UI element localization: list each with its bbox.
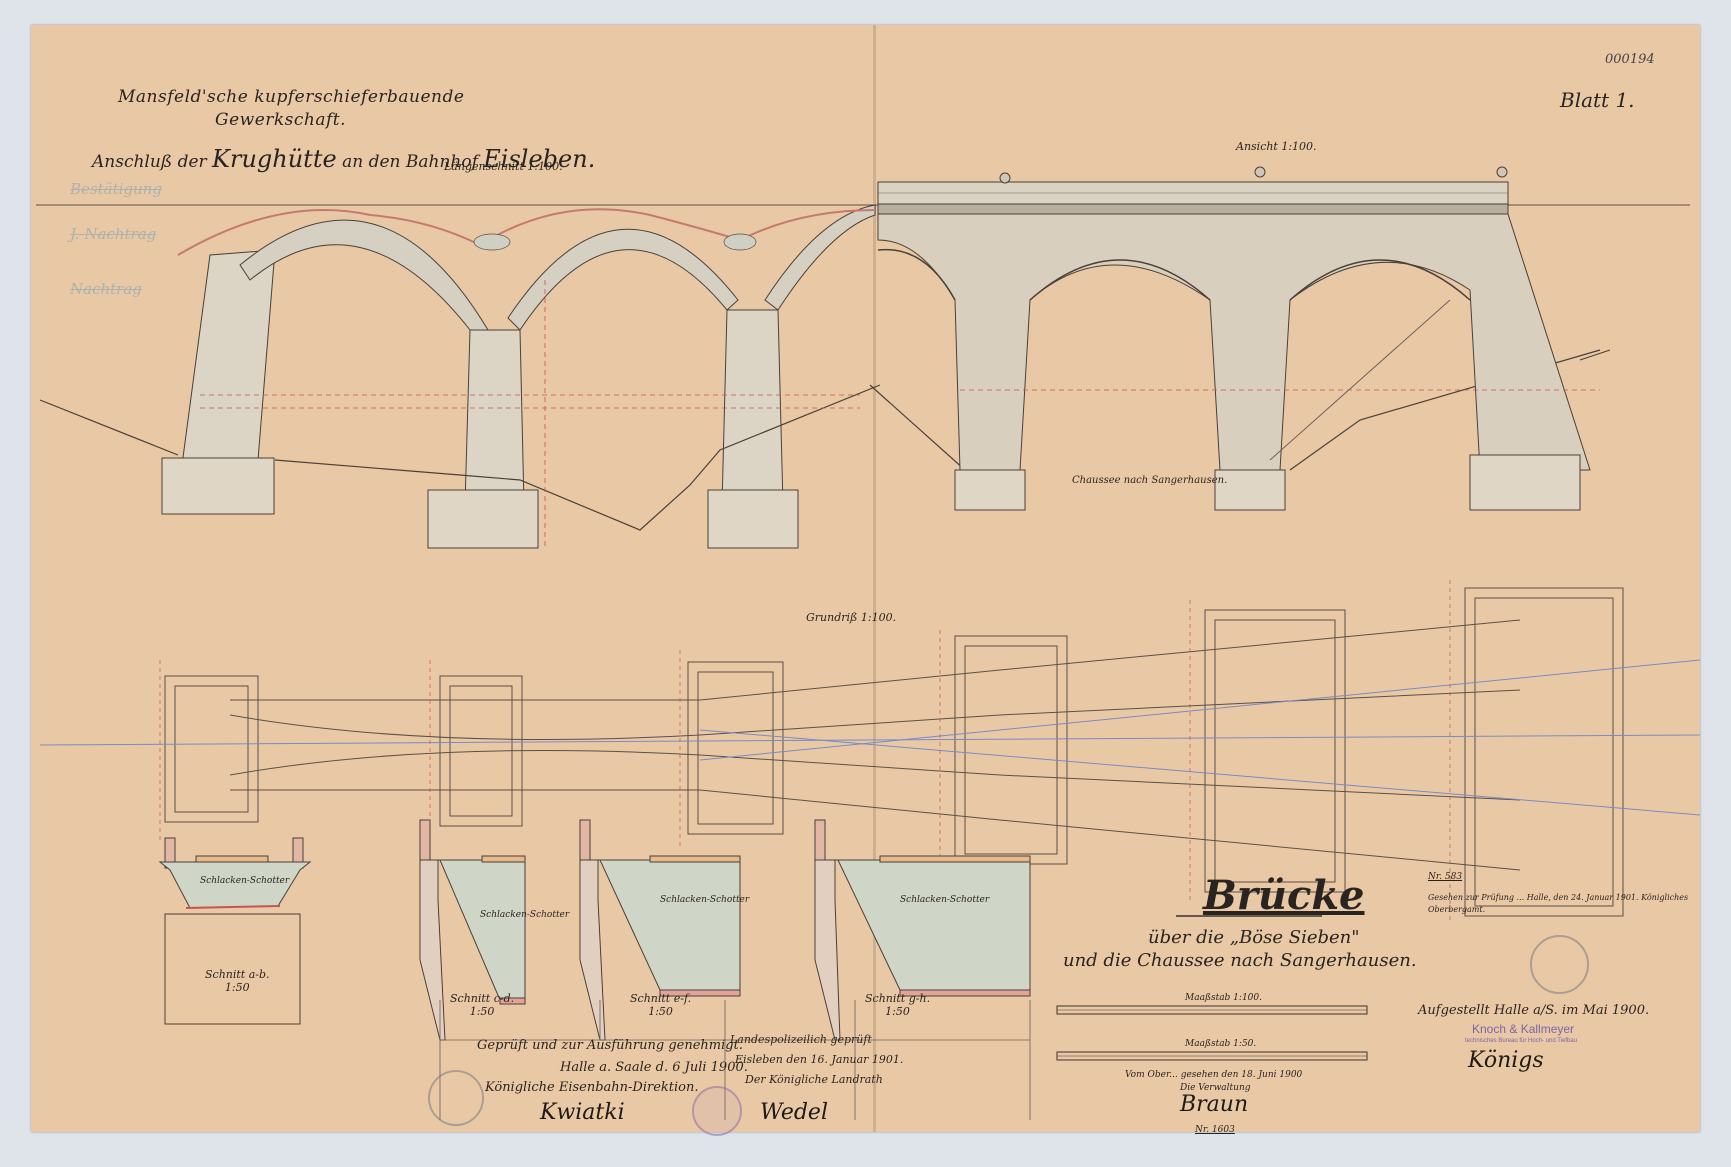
- police-signature: Wedel: [760, 1100, 828, 1125]
- section-gh-scale: 1:50: [865, 1005, 930, 1018]
- section-gh-label: Schnitt g-h. 1:50: [865, 992, 930, 1018]
- railway-signature: Kwiatki: [540, 1100, 625, 1125]
- elevation-label: Ansicht 1:100.: [1236, 140, 1317, 153]
- section-ef-title: Schnitt e-f.: [630, 992, 691, 1005]
- footer-number: Nr. 1603: [1195, 1125, 1235, 1135]
- longitudinal-section: [162, 205, 875, 548]
- section-ab-fill: Schlacken-Schotter: [200, 876, 289, 886]
- railway-approval-line3: Königliche Eisenbahn-Direktion.: [485, 1080, 699, 1095]
- author-signature: Königs: [1468, 1048, 1544, 1073]
- archive-number: 000194: [1605, 52, 1655, 67]
- subtitle-2: und die Chaussee nach Sangerhausen.: [1063, 950, 1417, 971]
- mining-office-stamp: [1530, 935, 1589, 994]
- section-ab-title: Schnitt a-b.: [205, 968, 270, 981]
- faint-note-3: Nachtrag: [70, 280, 142, 298]
- section-ab-scale: 1:50: [205, 981, 270, 994]
- police-approval-line1: Landespolizeilich geprüft: [730, 1033, 872, 1046]
- firm-stamp-sub: technisches Bureau für Hoch- und Tiefbau: [1465, 1038, 1577, 1044]
- cross-section-ab: [160, 838, 310, 1024]
- city-note-line1: Vom Ober... gesehen den 18. Juni 1900: [1125, 1070, 1302, 1080]
- dimension-lines: [200, 280, 1600, 550]
- police-approval-line3: Der Königliche Landrath: [745, 1073, 883, 1086]
- header-line-1: Mansfeld'sche kupferschieferbauende: [118, 87, 464, 107]
- scale-bar-100: [1057, 1006, 1367, 1014]
- elevation-view: [878, 167, 1610, 510]
- firm-stamp: Knoch & Kallmeyer: [1472, 1022, 1574, 1036]
- section-cd-title: Schnitt c-d.: [450, 992, 514, 1005]
- plan-label: Grundriß 1:100.: [806, 611, 896, 624]
- police-approval-line2: Eisleben den 16. Januar 1901.: [735, 1053, 903, 1066]
- main-title: Brücke: [1203, 872, 1364, 919]
- scale-50-label: Maaßstab 1:50.: [1185, 1039, 1256, 1049]
- scale-bar-50: [1057, 1052, 1367, 1060]
- longitudinal-section-label: Längenschnitt 1:100.: [444, 160, 563, 173]
- railway-approval-line1: Geprüft und zur Ausführung genehmigt.: [477, 1038, 743, 1053]
- subtitle-1: über die „Böse Sieben": [1148, 927, 1360, 948]
- header-prefix: Anschluß der: [92, 152, 212, 172]
- header-line-2: Gewerkschaft.: [215, 110, 346, 130]
- railway-stamp: [428, 1070, 484, 1126]
- section-ef-fill: Schlacken-Schotter: [660, 895, 749, 905]
- scale-100-label: Maaßstab 1:100.: [1185, 993, 1262, 1003]
- section-cd-fill: Schlacken-Schotter: [480, 910, 569, 920]
- section-ef-label: Schnitt e-f. 1:50: [630, 992, 691, 1018]
- section-gh-title: Schnitt g-h.: [865, 992, 930, 1005]
- note-number: Nr. 583: [1428, 872, 1462, 882]
- header-emph-krughuette: Krughütte: [212, 145, 337, 173]
- faint-note-1: Bestätigung: [70, 180, 162, 198]
- railway-approval-line2: Halle a. Saale d. 6 Juli 1900.: [560, 1060, 748, 1075]
- road-label: Chaussee nach Sangerhausen.: [1072, 475, 1227, 486]
- section-cd-scale: 1:50: [450, 1005, 514, 1018]
- section-cd-label: Schnitt c-d. 1:50: [450, 992, 514, 1018]
- city-signature: Braun: [1180, 1092, 1248, 1117]
- police-stamp: [692, 1086, 742, 1136]
- section-gh-fill: Schlacken-Schotter: [900, 895, 989, 905]
- author-line: Aufgestellt Halle a/S. im Mai 1900.: [1418, 1003, 1649, 1018]
- sheet-label: Blatt 1.: [1560, 88, 1635, 112]
- section-ef-scale: 1:50: [630, 1005, 691, 1018]
- faint-note-2: J. Nachtrag: [70, 225, 156, 243]
- section-ab-label: Schnitt a-b. 1:50: [205, 968, 270, 994]
- mining-office-note: Gesehen zur Prüfung ... Halle, den 24. J…: [1428, 892, 1693, 916]
